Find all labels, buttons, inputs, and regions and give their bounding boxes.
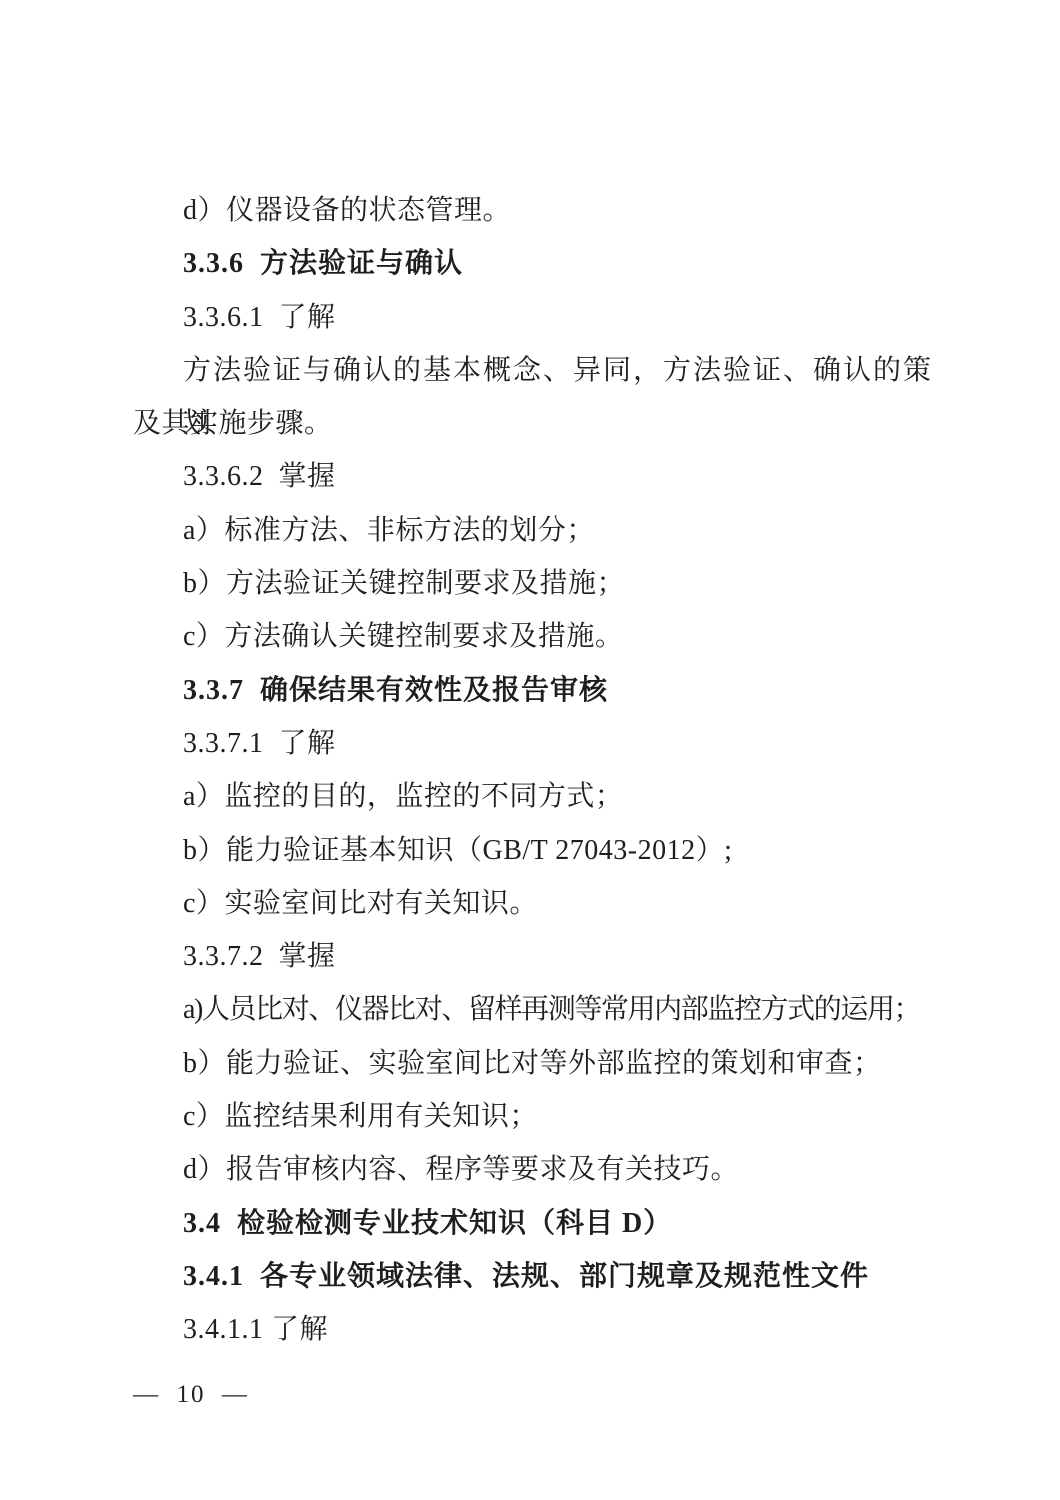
sub-heading-3-3-6-1: 3.3.6.1 了解 (133, 291, 933, 344)
document-content: d）仪器设备的状态管理。 3.3.6 方法验证与确认 3.3.6.1 了解 方法… (133, 184, 933, 1357)
sub-heading-3-3-6-2: 3.3.6.2 掌握 (133, 450, 933, 503)
section-heading-3-3-7: 3.3.7 确保结果有效性及报告审核 (133, 664, 933, 717)
sub-heading-3-3-7-1: 3.3.7.1 了解 (133, 717, 933, 770)
list-item-b-method-verification: b）方法验证关键控制要求及措施； (133, 557, 933, 610)
list-item-a-monitoring-purpose: a）监控的目的，监控的不同方式； (133, 770, 933, 823)
list-item-b-proficiency-testing: b）能力验证基本知识（GB/T 27043-2012）; (133, 824, 933, 877)
sub-heading-3-4-1-1: 3.4.1.1 了解 (133, 1303, 933, 1356)
section-heading-3-3-6: 3.3.6 方法验证与确认 (133, 237, 933, 290)
section-heading-3-4-1: 3.4.1 各专业领域法律、法规、部门规章及规范性文件 (133, 1250, 933, 1303)
section-heading-3-4: 3.4 检验检测专业技术知识（科目 D） (133, 1197, 933, 1250)
list-item-a-internal-monitoring: a)人员比对、仪器比对、留样再测等常用内部监控方式的运用； (133, 983, 933, 1036)
sub-heading-3-3-7-2: 3.3.7.2 掌握 (133, 930, 933, 983)
paragraph-first-line: 方法验证与确认的基本概念、异同，方法验证、确认的策划 (133, 344, 933, 397)
list-item-c-interlab-comparison: c）实验室间比对有关知识。 (133, 877, 933, 930)
list-item-d-equipment-status: d）仪器设备的状态管理。 (133, 184, 933, 237)
list-item-d-report-review: d）报告审核内容、程序等要求及有关技巧。 (133, 1143, 933, 1196)
list-item-a-standard-methods: a）标准方法、非标方法的划分； (133, 504, 933, 557)
document-page: d）仪器设备的状态管理。 3.3.6 方法验证与确认 3.3.6.1 了解 方法… (0, 0, 1060, 1500)
list-item-c-monitoring-results: c）监控结果利用有关知识； (133, 1090, 933, 1143)
list-item-c-method-confirmation: c）方法确认关键控制要求及措施。 (133, 610, 933, 663)
paragraph-continuation: 及其实施步骤。 (133, 397, 933, 450)
page-number: — 10 — (133, 1368, 249, 1421)
list-item-b-external-monitoring: b）能力验证、实验室间比对等外部监控的策划和审查； (133, 1037, 933, 1090)
